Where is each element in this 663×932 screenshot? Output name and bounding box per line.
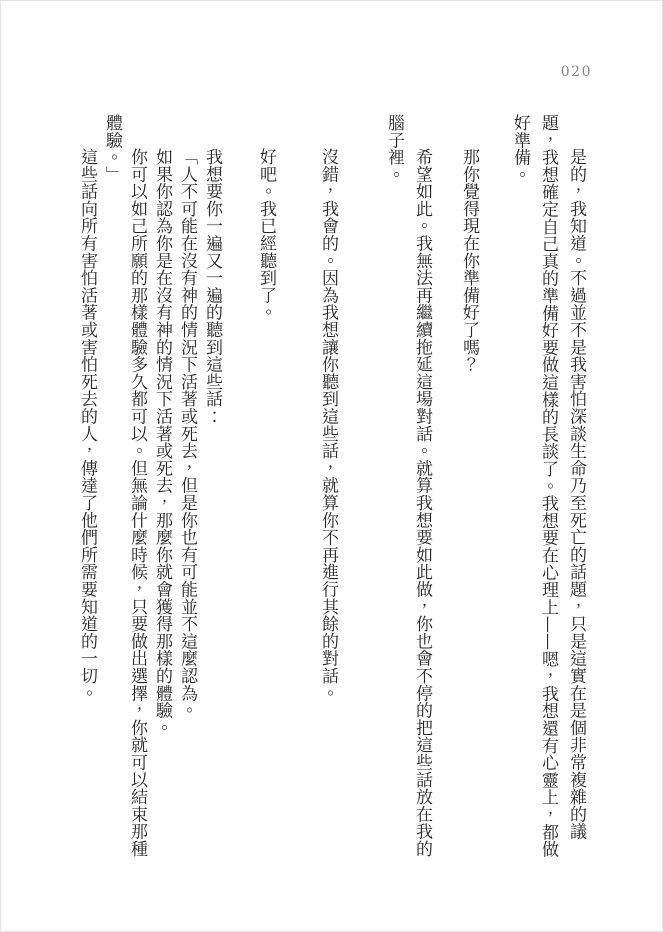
page-number: 020	[561, 64, 592, 80]
paragraph-god: 如果你認為你是在沒有神的情況下活著或死去，那麼你就會獲得那樣的體驗。	[149, 114, 174, 858]
book-page: 020 是的，我知道。不過並不是我害怕深談生命乃至死亡的話題，只是這實在是個非常…	[0, 0, 663, 932]
paragraph-narrator: 是的，我知道。不過並不是我害怕深談生命乃至死亡的話題，只是這實在是個非常複雜的議…	[506, 114, 590, 858]
paragraph-god: 這些話向所有害怕活著或害怕死去的人，傳達了他們所需要知道的一切。	[74, 114, 99, 858]
paragraph-narrator: 好吧。我已經聽到了。	[252, 114, 280, 858]
paragraph-god: 那你覺得現在你準備好了嗎？	[456, 114, 481, 858]
paragraph-god: 「人不可能在沒有神的情況下活著或死去，但是你也有可能並不這麼認為。	[174, 114, 199, 858]
body-text: 是的，我知道。不過並不是我害怕深談生命乃至死亡的話題，只是這實在是個非常複雜的議…	[68, 114, 590, 858]
paragraph-god: 沒錯，我會的。因為我想讓你聽到這些話，就算你不再進行其餘的對話。	[315, 114, 340, 858]
paragraph-narrator: 希望如此。我無法再繼續拖延這場對話。就算我想要如此做，你也會不停的把這些話放在我…	[380, 114, 436, 858]
paragraph-god: 我想要你一遍又一遍的聽到這些話：	[199, 114, 224, 858]
paragraph-god: 你可以如己所願的那樣體驗多久都可以。但無論什麼時候，只要做出選擇，你就可以結束那…	[99, 114, 149, 858]
